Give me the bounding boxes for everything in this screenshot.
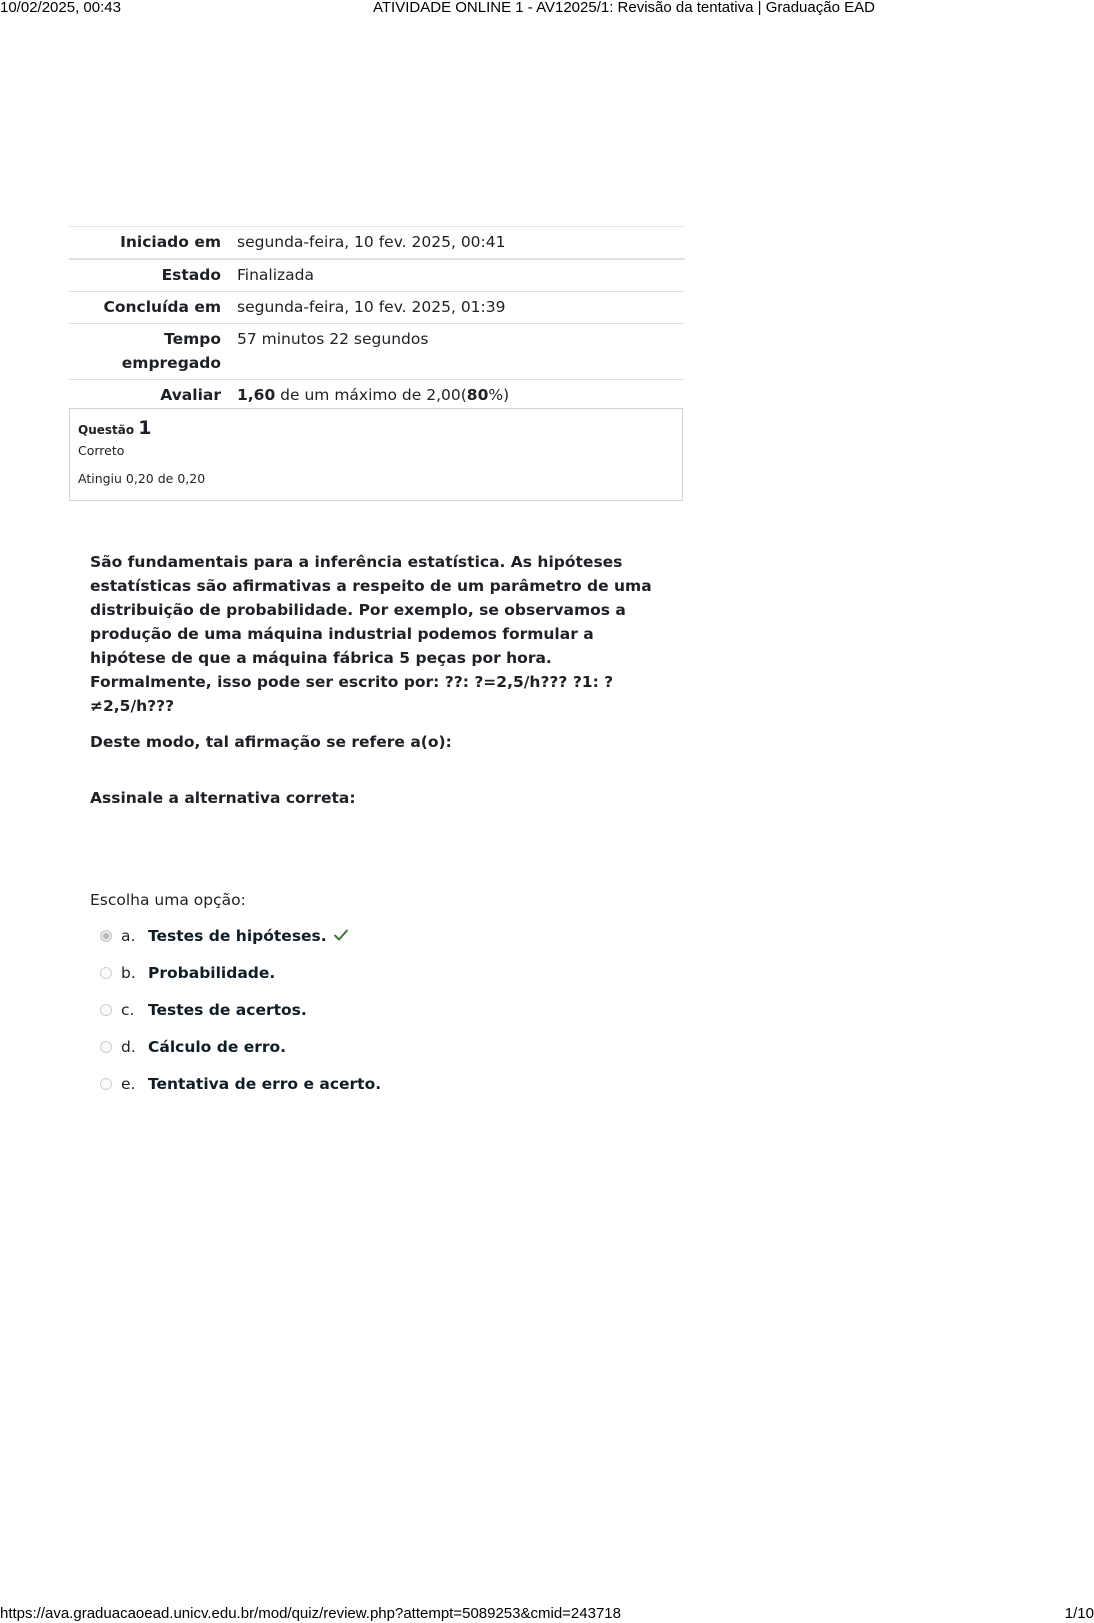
question-stem: São fundamentais para a inferência estat… bbox=[90, 550, 670, 718]
summary-value: segunda-feira, 10 fev. 2025, 00:41 bbox=[237, 227, 685, 260]
answer-label: Testes de acertos. bbox=[148, 998, 307, 1022]
grade-max: de um máximo de 2,00( bbox=[275, 386, 467, 404]
summary-row-completed: Concluída em segunda-feira, 10 fev. 2025… bbox=[69, 292, 685, 324]
summary-label: Concluída em bbox=[69, 292, 237, 324]
grade-suffix: %) bbox=[488, 386, 509, 404]
radio-button-selected[interactable] bbox=[100, 930, 112, 942]
question-number-value: 1 bbox=[138, 417, 151, 439]
answer-options: a. Testes de hipóteses. b. Probabilidade… bbox=[98, 924, 658, 1109]
grade-percent: 80 bbox=[467, 386, 489, 404]
answer-option-a[interactable]: a. Testes de hipóteses. bbox=[98, 924, 658, 961]
summary-label-line2: empregado bbox=[122, 354, 221, 372]
answer-option-c[interactable]: c. Testes de acertos. bbox=[98, 998, 658, 1035]
question-text: São fundamentais para a inferência estat… bbox=[90, 550, 670, 718]
summary-row-grade: Avaliar 1,60 de um máximo de 2,00(80%) bbox=[69, 380, 685, 412]
page-url: https://ava.graduacaoead.unicv.edu.br/mo… bbox=[0, 1606, 621, 1621]
answer-option-d[interactable]: d. Cálculo de erro. bbox=[98, 1035, 658, 1072]
print-page-title: ATIVIDADE ONLINE 1 - AV12025/1: Revisão … bbox=[373, 0, 875, 15]
attempt-summary-table: Iniciado em segunda-feira, 10 fev. 2025,… bbox=[69, 226, 685, 411]
summary-label: Tempoempregado bbox=[69, 324, 237, 380]
question-state: Correto bbox=[78, 443, 674, 459]
radio-button[interactable] bbox=[100, 1041, 112, 1053]
question-info-box: Questão 1 Correto Atingiu 0,20 de 0,20 bbox=[69, 408, 683, 501]
answer-label: Testes de hipóteses. bbox=[148, 924, 349, 948]
grade-score: 1,60 bbox=[237, 386, 275, 404]
print-header: 10/02/2025, 00:43 ATIVIDADE ONLINE 1 - A… bbox=[0, 0, 1094, 16]
summary-value: 1,60 de um máximo de 2,00(80%) bbox=[237, 380, 685, 412]
radio-button[interactable] bbox=[100, 1004, 112, 1016]
page-number: 1/10 bbox=[1065, 1606, 1094, 1621]
answer-prompt: Escolha uma opção: bbox=[90, 888, 246, 912]
answer-letter: c. bbox=[121, 998, 148, 1022]
summary-value: 57 minutos 22 segundos bbox=[237, 324, 685, 380]
summary-label: Iniciado em bbox=[69, 227, 237, 260]
radio-button[interactable] bbox=[100, 967, 112, 979]
answer-option-b[interactable]: b. Probabilidade. bbox=[98, 961, 658, 998]
question-label: Questão bbox=[78, 423, 134, 437]
question-subtext: Deste modo, tal afirmação se refere a(o)… bbox=[90, 730, 452, 754]
answer-letter: b. bbox=[121, 961, 148, 985]
summary-value: Finalizada bbox=[237, 259, 685, 292]
answer-label: Probabilidade. bbox=[148, 961, 275, 985]
answer-letter: e. bbox=[121, 1072, 148, 1096]
answer-option-e[interactable]: e. Tentativa de erro e acerto. bbox=[98, 1072, 658, 1109]
answer-label: Tentativa de erro e acerto. bbox=[148, 1072, 381, 1096]
answer-letter: a. bbox=[121, 924, 148, 948]
answer-label-text: Testes de hipóteses. bbox=[148, 927, 327, 945]
radio-button[interactable] bbox=[100, 1078, 112, 1090]
summary-row-time-taken: Tempoempregado 57 minutos 22 segundos bbox=[69, 324, 685, 380]
summary-label-line1: Tempo bbox=[164, 330, 221, 348]
summary-row-state: Estado Finalizada bbox=[69, 259, 685, 292]
question-instruction: Assinale a alternativa correta: bbox=[90, 786, 356, 810]
question-number: Questão 1 bbox=[78, 418, 674, 440]
summary-row-started: Iniciado em segunda-feira, 10 fev. 2025,… bbox=[69, 227, 685, 260]
summary-value: segunda-feira, 10 fev. 2025, 01:39 bbox=[237, 292, 685, 324]
summary-label: Estado bbox=[69, 259, 237, 292]
checkmark-icon bbox=[333, 928, 349, 942]
summary-label: Avaliar bbox=[69, 380, 237, 412]
print-footer: https://ava.graduacaoead.unicv.edu.br/mo… bbox=[0, 1606, 1094, 1623]
answer-label: Cálculo de erro. bbox=[148, 1035, 286, 1059]
print-datetime: 10/02/2025, 00:43 bbox=[0, 0, 121, 15]
answer-letter: d. bbox=[121, 1035, 148, 1059]
question-grade: Atingiu 0,20 de 0,20 bbox=[78, 471, 674, 487]
